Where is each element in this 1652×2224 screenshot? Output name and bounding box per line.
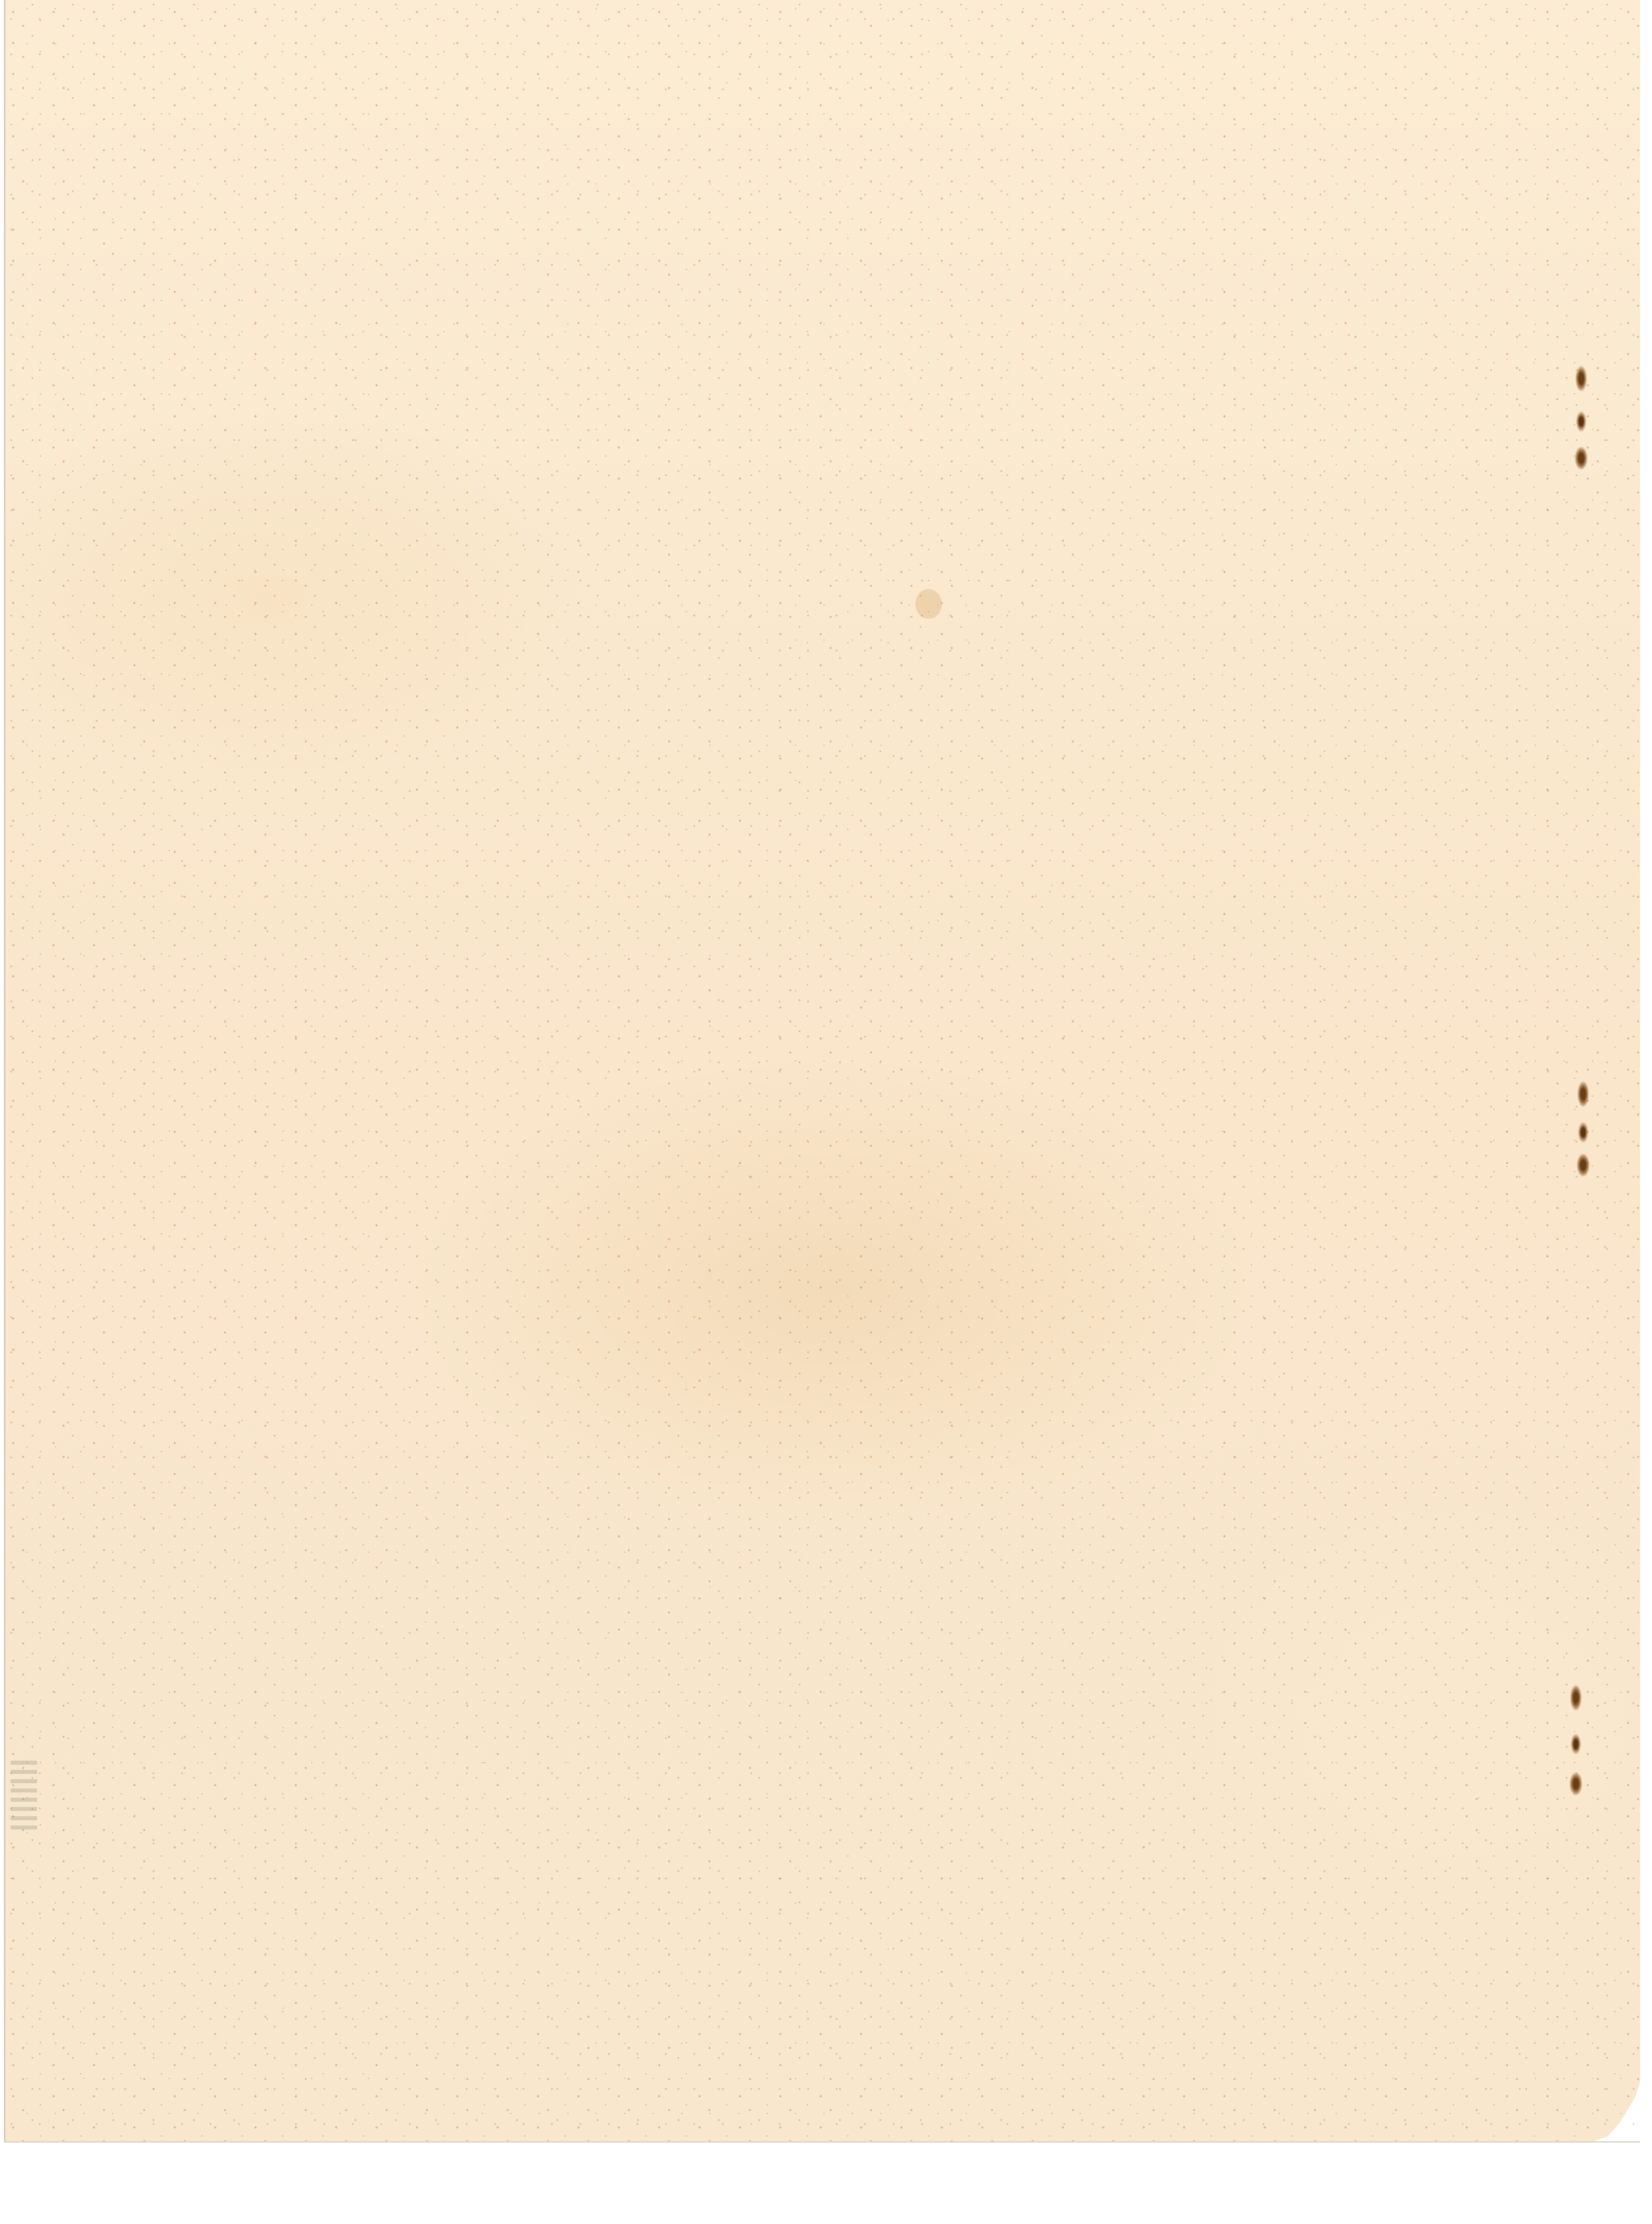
foxing-spot [915, 589, 942, 619]
scan-background [0, 0, 1652, 2224]
rust-stain-top [1574, 354, 1588, 477]
torn-corner [1594, 2082, 1640, 2141]
paper-page [4, 0, 1640, 2141]
rust-stain-middle [1576, 1072, 1590, 1181]
scan-artifact [11, 1761, 37, 1833]
rust-stain-bottom [1569, 1671, 1583, 1804]
